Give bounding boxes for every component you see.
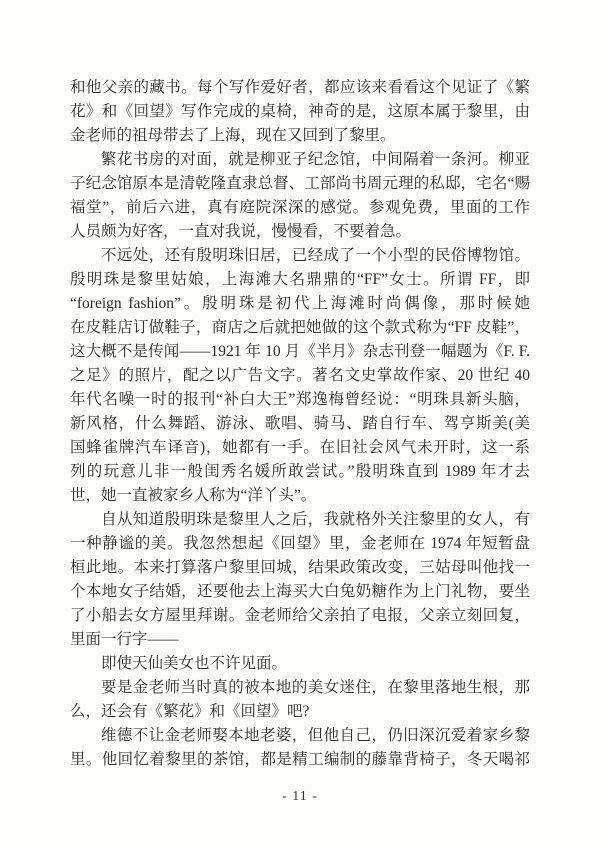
- document-page: 和他父亲的藏书。每个写作爱好者，都应该来看看这个见证了《繁 花》和《回望》写作完…: [0, 0, 600, 849]
- text-line: 一种静谧的美。我忽然想起《回望》里，金老师在 1974 年短暂盘: [70, 532, 530, 556]
- text-line: 和他父亲的藏书。每个写作爱好者，都应该来看看这个见证了《繁: [70, 76, 530, 100]
- text-line: 桓此地。本来打算落户黎里回城，结果政策改变，三姑母叫他找一: [70, 556, 530, 580]
- text-line: 世，她一直被家乡人称为“洋丫头”。: [70, 484, 530, 508]
- text-line: 维德不让金老师娶本地老婆，但他自己，仍旧深沉爱着家乡黎: [70, 724, 530, 748]
- text-line: 列的玩意儿非一般闺秀名媛所敢尝试。”殷明珠直到 1989 年才去: [70, 460, 530, 484]
- text-line: 之足》的照片，配之以广告文字。著名文史掌故作家、20 世纪 40: [70, 364, 530, 388]
- body-text: 和他父亲的藏书。每个写作爱好者，都应该来看看这个见证了《繁 花》和《回望》写作完…: [70, 76, 530, 772]
- text-line: 即使天仙美女也不许见面。: [70, 652, 530, 676]
- text-line: 要是金老师当时真的被本地的美女迷住，在黎里落地生根，那: [70, 676, 530, 700]
- text-line: 人员颇为好客，一直对我说，慢慢看，不要着急。: [70, 220, 530, 244]
- text-line: 福堂”，前后六进，真有庭院深深的感觉。参观免费，里面的工作: [70, 196, 530, 220]
- text-line: 里。他回忆着黎里的茶馆，都是精工编制的藤靠背椅子，冬天喝祁: [70, 748, 530, 772]
- text-line: 金老师的祖母带去了上海，现在又回到了黎里。: [70, 124, 530, 148]
- text-line: 子纪念馆原本是清乾隆直隶总督、工部尚书周元理的私邸，宅名“赐: [70, 172, 530, 196]
- text-line: 新风格，什么舞蹈、游泳、歌唱、骑马、踏自行车、驾亨斯美(美: [70, 412, 530, 436]
- text-line: 这大概不是传闻——1921 年 10 月《半月》杂志刊登一幅题为《F. F.: [70, 340, 530, 364]
- text-line: 繁花书房的对面，就是柳亚子纪念馆，中间隔着一条河。柳亚: [70, 148, 530, 172]
- text-line: 个本地女子结婚，还要他去上海买大白兔奶糖作为上门礼物，要坐: [70, 580, 530, 604]
- text-line: 国蜂雀牌汽车译音)，她都有一手。在旧社会风气未开时，这一系: [70, 436, 530, 460]
- text-line: 年代名噪一时的报刊“补白大王”郑逸梅曾经说：“明珠具新头脑，: [70, 388, 530, 412]
- text-line: 殷明珠是黎里姑娘，上海滩大名鼎鼎的“FF”女士。所谓 FF，即: [70, 268, 530, 292]
- text-line: 自从知道殷明珠是黎里人之后，我就格外关注黎里的女人，有: [70, 508, 530, 532]
- text-line: “foreign fashion”。殷明珠是初代上海滩时尚偶像，那时候她: [70, 292, 530, 316]
- text-line: 花》和《回望》写作完成的桌椅，神奇的是，这原本属于黎里，由: [70, 100, 530, 124]
- text-line: 在皮鞋店订做鞋子，商店之后就把她做的这个款式称为“FF 皮鞋”，: [70, 316, 530, 340]
- text-line: 不远处，还有殷明珠旧居，已经成了一个小型的民俗博物馆。: [70, 244, 530, 268]
- text-line: 么，还会有《繁花》和《回望》吧?: [70, 700, 530, 724]
- text-line: 了小船去女方屋里拜谢。金老师给父亲拍了电报，父亲立刻回复，: [70, 604, 530, 628]
- text-line: 里面一行字——: [70, 628, 530, 652]
- page-number: - 11 -: [70, 787, 530, 807]
